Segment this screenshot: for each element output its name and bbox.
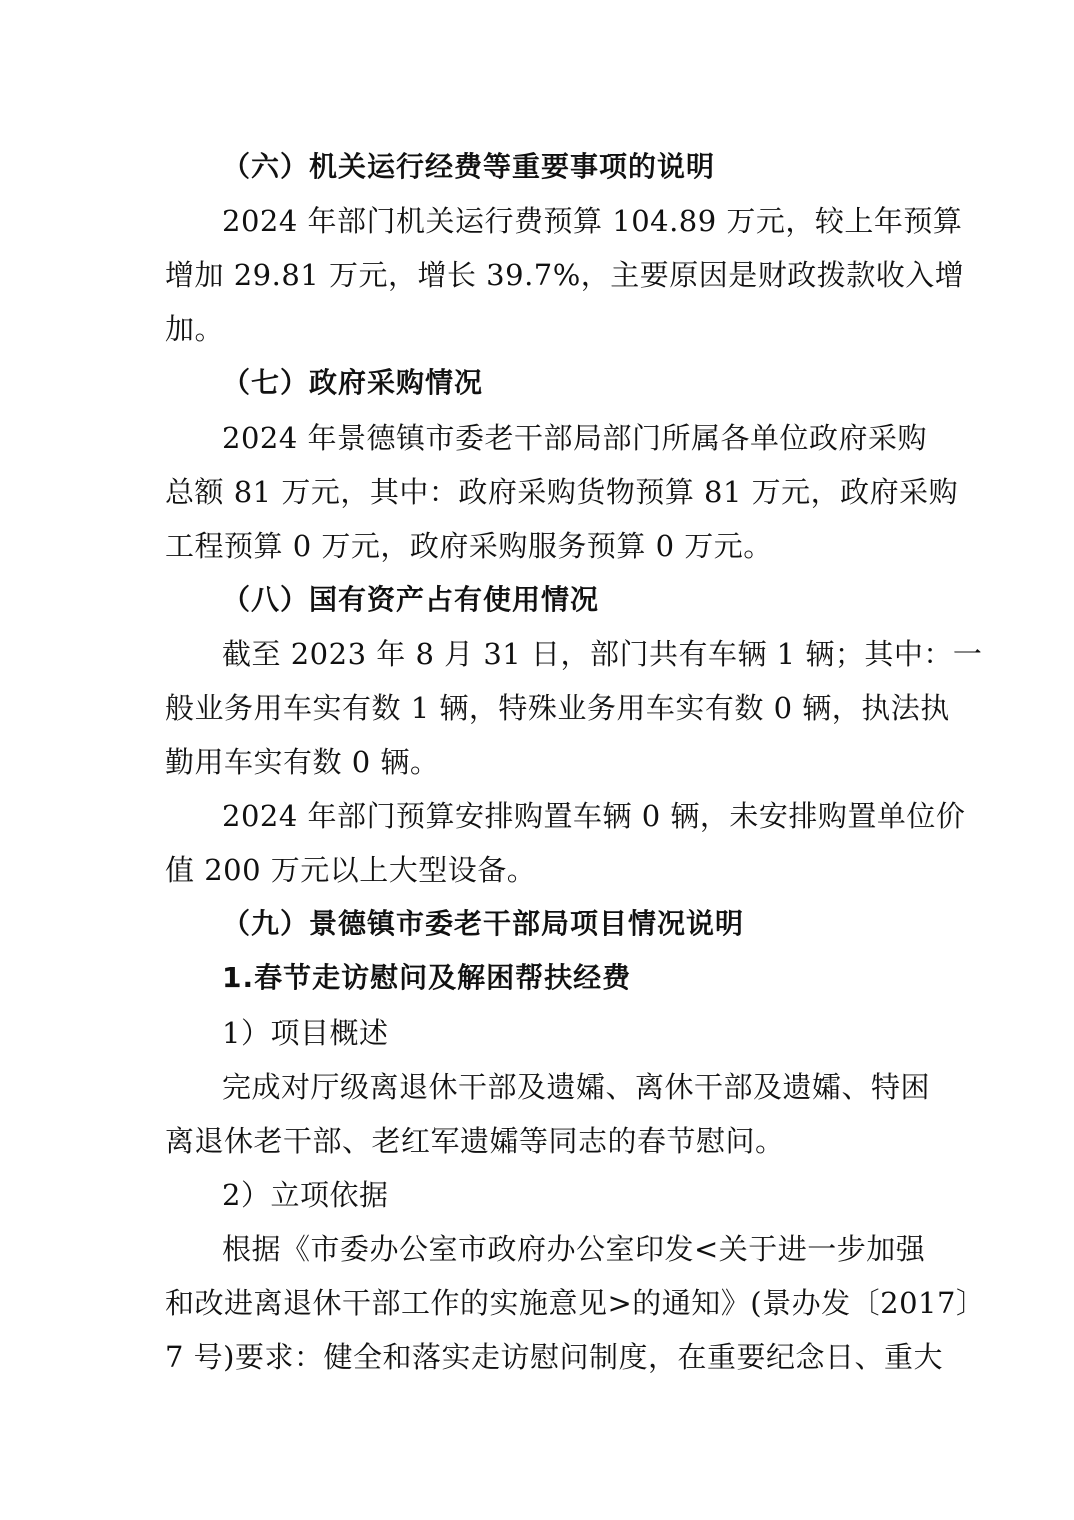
paragraph-line: 般业务用车实有数 1 辆，特殊业务用车实有数 0 辆，执法执 (165, 681, 911, 735)
paragraph-line: 总额 81 万元，其中：政府采购货物预算 81 万元，政府采购 (165, 465, 911, 519)
paragraph-line: 2024 年部门机关运行费预算 104.89 万元，较上年预算 (222, 194, 911, 248)
subsection-heading: 1.春节走访慰问及解困帮扶经费 (222, 951, 631, 1005)
item-label-overview: 1）项目概述 (222, 1006, 388, 1060)
paragraph-line: 2024 年部门预算安排购置车辆 0 辆，未安排购置单位价 (222, 789, 911, 843)
paragraph-line: 截至 2023 年 8 月 31 日，部门共有车辆 1 辆；其中：一 (222, 627, 911, 681)
paragraph-line: 勤用车实有数 0 辆。 (165, 735, 439, 789)
section-heading-8: （八）国有资产占有使用情况 (222, 573, 599, 627)
paragraph-line: 7 号)要求：健全和落实走访慰问制度，在重要纪念日、重大 (165, 1330, 911, 1384)
section-heading-7: （七）政府采购情况 (222, 356, 483, 410)
paragraph-line: 2024 年景德镇市委老干部局部门所属各单位政府采购 (222, 411, 911, 465)
item-label-basis: 2）立项依据 (222, 1168, 388, 1222)
paragraph-line: 根据《市委办公室市政府办公室印发<关于进一步加强 (222, 1222, 911, 1276)
paragraph-line: 完成对厅级离退休干部及遗孀、离休干部及遗孀、特困 (222, 1060, 911, 1114)
section-heading-9: （九）景德镇市委老干部局项目情况说明 (222, 897, 744, 951)
section-heading-6: （六）机关运行经费等重要事项的说明 (222, 140, 715, 194)
paragraph-line: 工程预算 0 万元，政府采购服务预算 0 万元。 (165, 519, 773, 573)
paragraph-line: 值 200 万元以上大型设备。 (165, 843, 536, 897)
paragraph-line: 和改进离退休干部工作的实施意见>的通知》(景办发〔2017〕 (165, 1276, 911, 1330)
paragraph-line: 增加 29.81 万元，增长 39.7%，主要原因是财政拨款收入增 (165, 248, 911, 302)
paragraph-line: 加。 (165, 302, 224, 356)
paragraph-line: 离退休老干部、老红军遗孀等同志的春节慰问。 (165, 1114, 785, 1168)
